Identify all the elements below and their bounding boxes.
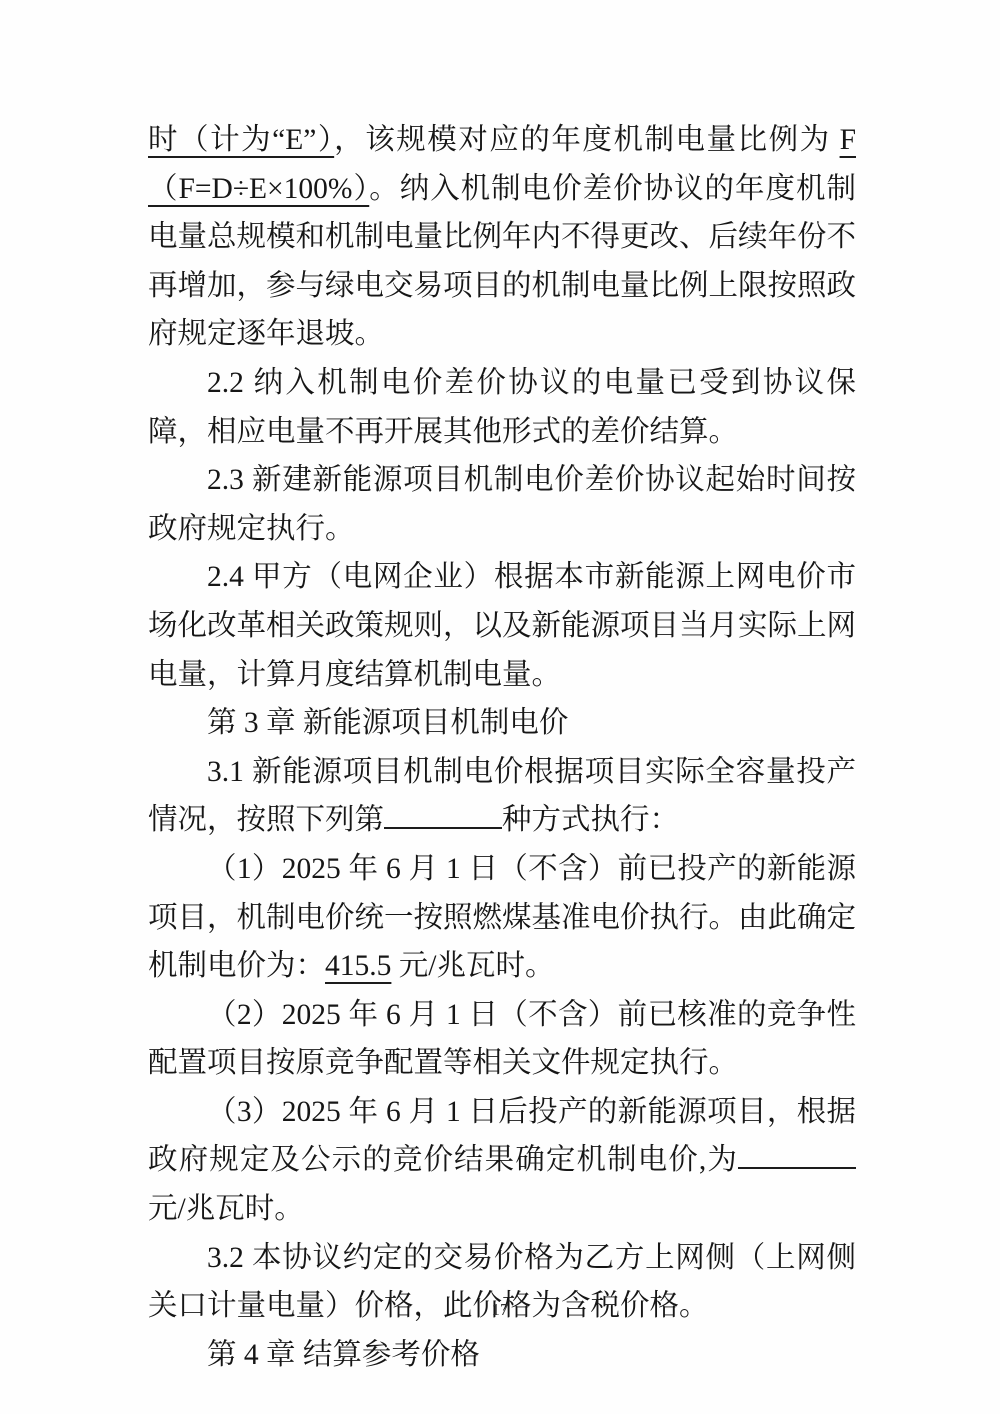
heading-chapter-4: 第 4 章 结算参考价格 (148, 1331, 856, 1380)
document-page: 时（计为“E”），该规模对应的年度机制电量比例为 F（F=D÷E×100%）。纳… (0, 0, 1000, 1414)
text-segment: 第 4 章 结算参考价格 (207, 1339, 480, 1371)
page-number: 17 (0, 1300, 1000, 1320)
document-body: 时（计为“E”），该规模对应的年度机制电量比例为 F（F=D÷E×100%）。纳… (148, 116, 856, 1379)
para-3-1-item-3: （3）2025 年 6 月 1 日后投产的新能源项目，根据政府规定及公示的竞价结… (148, 1088, 856, 1234)
text-segment: 种方式执行： (502, 804, 679, 836)
blank-fill-field (384, 799, 502, 829)
para-continuation-annual-mechanism-ratio: 时（计为“E”），该规模对应的年度机制电量比例为 F（F=D÷E×100%）。纳… (148, 116, 856, 359)
text-segment: 2.4 甲方（电网企业）根据本市新能源上网电价市场化改革相关政策规则，以及新能源… (148, 561, 856, 690)
para-2-2: 2.2 纳入机制电价差价协议的电量已受到协议保障，相应电量不再开展其他形式的差价… (148, 359, 856, 456)
text-segment: 时（计为“E”） (148, 124, 334, 156)
text-segment: 元/兆瓦时。 (391, 950, 554, 982)
text-segment: 第 3 章 新能源项目机制电价 (207, 707, 568, 739)
para-3-1-item-2: （2）2025 年 6 月 1 日（不含）前已核准的竞争性配置项目按原竞争配置等… (148, 991, 856, 1088)
text-segment: 2.3 新建新能源项目机制电价差价协议起始时间按政府规定执行。 (148, 464, 856, 545)
para-2-4: 2.4 甲方（电网企业）根据本市新能源上网电价市场化改革相关政策规则，以及新能源… (148, 553, 856, 699)
text-segment: 2.2 纳入机制电价差价协议的电量已受到协议保障，相应电量不再开展其他形式的差价… (148, 367, 856, 448)
blank-fill-field (738, 1139, 856, 1169)
para-3-1: 3.1 新能源项目机制电价根据项目实际全容量投产情况，按照下列第种方式执行： (148, 748, 856, 845)
para-2-3: 2.3 新建新能源项目机制电价差价协议起始时间按政府规定执行。 (148, 456, 856, 553)
para-3-1-item-1: （1）2025 年 6 月 1 日（不含）前已投产的新能源项目，机制电价统一按照… (148, 845, 856, 991)
text-segment: ，该规模对应的年度机制电量比例为 (334, 124, 839, 156)
text-segment: 415.5 (325, 950, 391, 982)
text-segment: （2）2025 年 6 月 1 日（不含）前已核准的竞争性配置项目按原竞争配置等… (148, 999, 856, 1080)
text-segment: 元/兆瓦时。 (148, 1193, 304, 1225)
heading-chapter-3: 第 3 章 新能源项目机制电价 (148, 699, 856, 748)
